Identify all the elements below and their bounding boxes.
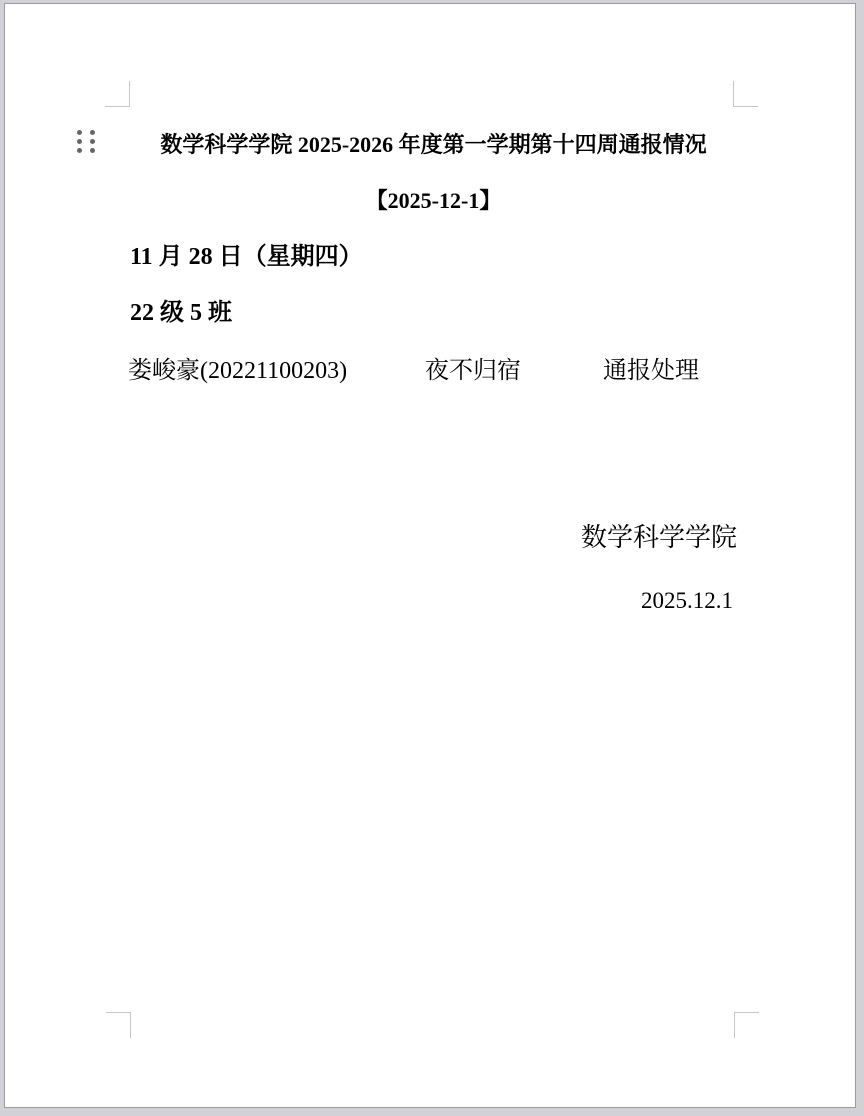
class-heading[interactable]: 22 级 5 班 xyxy=(130,300,232,328)
margin-mark-bottom-right-icon xyxy=(734,1012,759,1038)
document-page[interactable]: 数学科学学院 2025-2026 年度第一学期第十四周通报情况 【2025-12… xyxy=(4,3,856,1108)
incident-type[interactable]: 夜不归宿 xyxy=(425,358,521,386)
margin-mark-bottom-left-icon xyxy=(106,1012,131,1038)
paragraph-drag-handle-icon[interactable] xyxy=(77,130,95,153)
document-title[interactable]: 数学科学学院 2025-2026 年度第一学期第十四周通报情况 xyxy=(130,132,737,157)
action-taken[interactable]: 通报处理 xyxy=(603,358,699,386)
student-name-id[interactable]: 娄峻豪(20221100203) xyxy=(128,358,347,386)
signature-date[interactable]: 2025.12.1 xyxy=(130,588,733,614)
margin-mark-top-left-icon xyxy=(105,81,130,107)
signature-organization[interactable]: 数学科学学院 xyxy=(130,523,737,553)
document-date-bracket[interactable]: 【2025-12-1】 xyxy=(130,188,737,213)
margin-mark-top-right-icon xyxy=(733,81,758,107)
day-heading[interactable]: 11 月 28 日（星期四） xyxy=(130,244,363,272)
